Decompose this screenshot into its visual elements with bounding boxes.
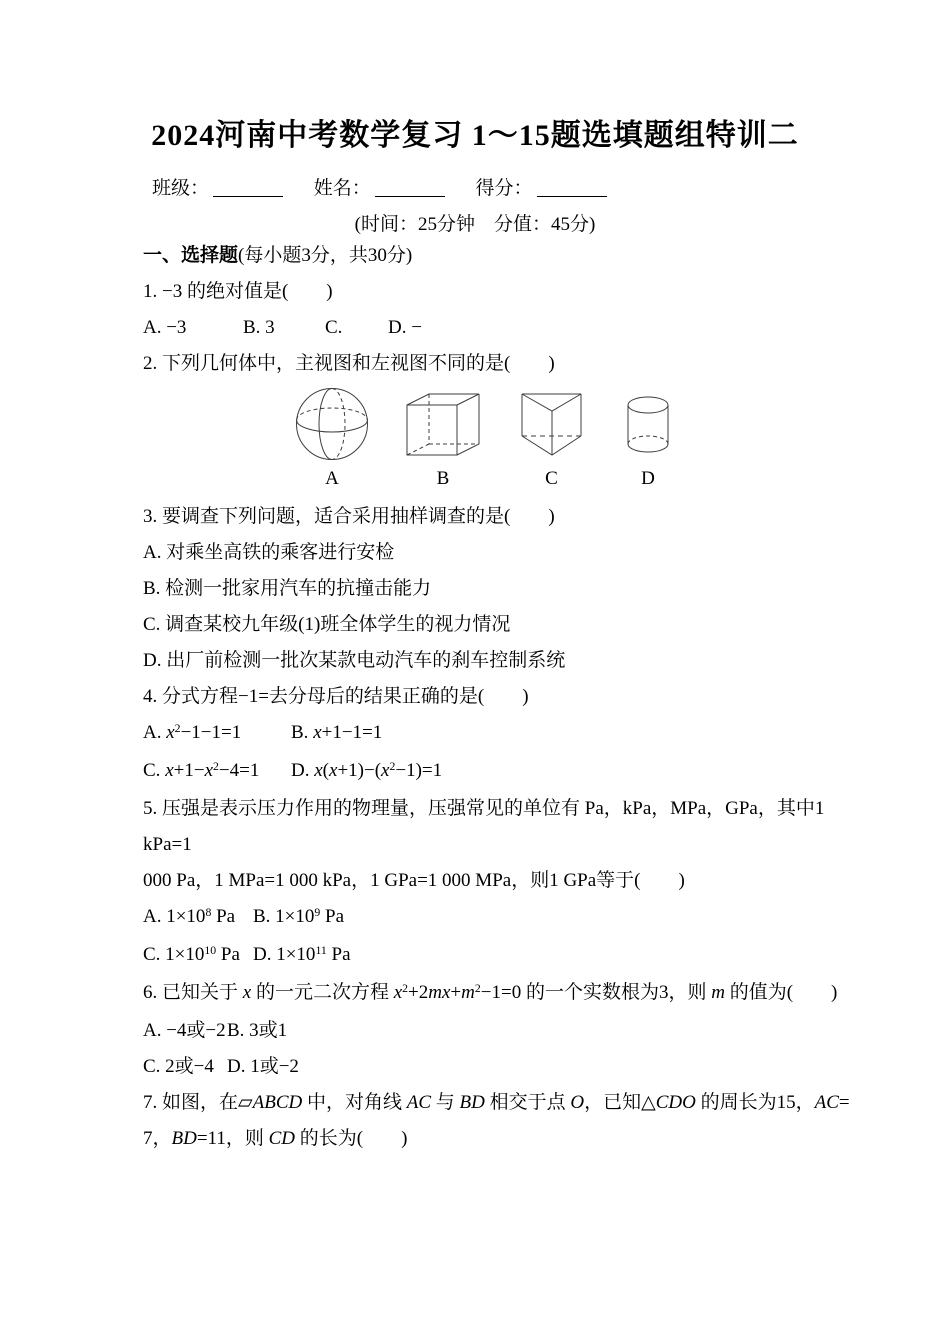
q4-options-row-1: A. x2−1−1=1B. x+1−1=1	[143, 715, 858, 753]
cube-icon	[406, 393, 480, 456]
q5-option-c: C. 1×1010 Pa	[143, 937, 253, 975]
q7-stem-line-2: 7，BD=11，则 CD 的长为( )	[143, 1121, 858, 1157]
q1-stem: 1. −3 的绝对值是( )	[143, 274, 858, 310]
sphere-icon	[295, 387, 369, 461]
exam-paper-page: 2024河南中考数学复习 1～15题选填题组特训二 班级： 姓名： 得分： (时…	[0, 0, 950, 1344]
name-blank	[375, 176, 445, 197]
q5-option-b: B. 1×109 Pa	[253, 899, 344, 937]
class-blank	[213, 176, 283, 197]
student-info-line: 班级： 姓名： 得分：	[152, 176, 950, 202]
cylinder-icon	[627, 396, 669, 453]
section-heading: 一、选择题(每小题3分，共30分)	[143, 238, 858, 274]
q2-figure-label-b: B	[437, 467, 450, 491]
q1-option-a: A. −3	[143, 310, 243, 346]
q6-options-row-1: A. −4或−2B. 3或1	[143, 1013, 858, 1049]
score-blank	[537, 176, 607, 197]
q2-figures-row: A B	[295, 386, 858, 491]
q6-option-d: D. 1或−2	[227, 1049, 299, 1085]
q6-stem: 6. 已知关于 x 的一元二次方程 x2+2mx+m2−1=0 的一个实数根为3…	[143, 975, 858, 1013]
cube-drawing-box	[406, 386, 480, 462]
q2-figure-sphere: A	[295, 386, 369, 491]
q5-stem-line-1: 5. 压强是表示压力作用的物理量，压强常见的单位有 Pa，kPa，MPa，GPa…	[143, 791, 858, 863]
score-label: 得分：	[476, 178, 533, 199]
q1-option-c: C.	[325, 310, 388, 346]
q6-option-a: A. −4或−2	[143, 1013, 227, 1049]
sphere-drawing-box	[295, 386, 369, 462]
q2-stem: 2. 下列几何体中，主视图和左视图不同的是( )	[143, 346, 858, 382]
q4-options-row-2: C. x+1−x2−4=1D. x(x+1)−(x2−1)=1	[143, 753, 858, 791]
q2-figure-cylinder: D	[627, 386, 669, 491]
name-label: 姓名：	[314, 178, 371, 199]
q2-figure-label-a: A	[325, 467, 339, 491]
q1-option-d: D. −	[388, 310, 422, 346]
q1-option-b: B. 3	[243, 310, 325, 346]
q3-stem: 3. 要调查下列问题，适合采用抽样调查的是( )	[143, 499, 858, 535]
q6-option-c: C. 2或−4	[143, 1049, 227, 1085]
q6-option-b: B. 3或1	[227, 1013, 287, 1049]
page-title: 2024河南中考数学复习 1～15题选填题组特训二	[0, 0, 950, 154]
q5-option-a: A. 1×108 Pa	[143, 899, 253, 937]
time-score-note: (时间：25分钟 分值：45分)	[0, 212, 950, 238]
q7-stem-line-1: 7. 如图，在▱ABCD 中，对角线 AC 与 BD 相交于点 O，已知△CDO…	[143, 1085, 858, 1121]
q2-figure-cube: B	[406, 386, 480, 491]
q1-options: A. −3B. 3C.D. −	[143, 310, 858, 346]
q5-options-row-1: A. 1×108 PaB. 1×109 Pa	[143, 899, 858, 937]
q3-option-b: B. 检测一批家用汽车的抗撞击能力	[143, 571, 858, 607]
triangular-prism-icon	[521, 393, 582, 456]
prism-drawing-box	[521, 386, 582, 462]
q2-figure-triangular-prism: C	[521, 386, 582, 491]
q5-options-row-2: C. 1×1010 PaD. 1×1011 Pa	[143, 937, 858, 975]
q3-option-a: A. 对乘坐高铁的乘客进行安检	[143, 535, 858, 571]
q5-stem-line-2: 000 Pa，1 MPa=1 000 kPa，1 GPa=1 000 MPa，则…	[143, 863, 858, 899]
class-label: 班级：	[152, 178, 209, 199]
q4-stem: 4. 分式方程−1=去分母后的结果正确的是( )	[143, 679, 858, 715]
q4-option-a: A. x2−1−1=1	[143, 715, 291, 753]
q4-option-d: D. x(x+1)−(x2−1)=1	[291, 753, 442, 791]
paper-body: 一、选择题(每小题3分，共30分) 1. −3 的绝对值是( ) A. −3B.…	[0, 238, 950, 1157]
section-heading-note: (每小题3分，共30分)	[238, 245, 412, 266]
q3-option-c: C. 调查某校九年级(1)班全体学生的视力情况	[143, 607, 858, 643]
q5-option-d: D. 1×1011 Pa	[253, 937, 351, 975]
q4-option-c: C. x+1−x2−4=1	[143, 753, 291, 791]
q4-option-b: B. x+1−1=1	[291, 715, 382, 751]
q3-option-d: D. 出厂前检测一批次某款电动汽车的刹车控制系统	[143, 643, 858, 679]
q6-options-row-2: C. 2或−4D. 1或−2	[143, 1049, 858, 1085]
q2-figure-label-d: D	[641, 467, 655, 491]
section-heading-bold: 一、选择题	[143, 245, 238, 266]
cylinder-drawing-box	[627, 386, 669, 462]
q2-figure-label-c: C	[545, 467, 558, 491]
